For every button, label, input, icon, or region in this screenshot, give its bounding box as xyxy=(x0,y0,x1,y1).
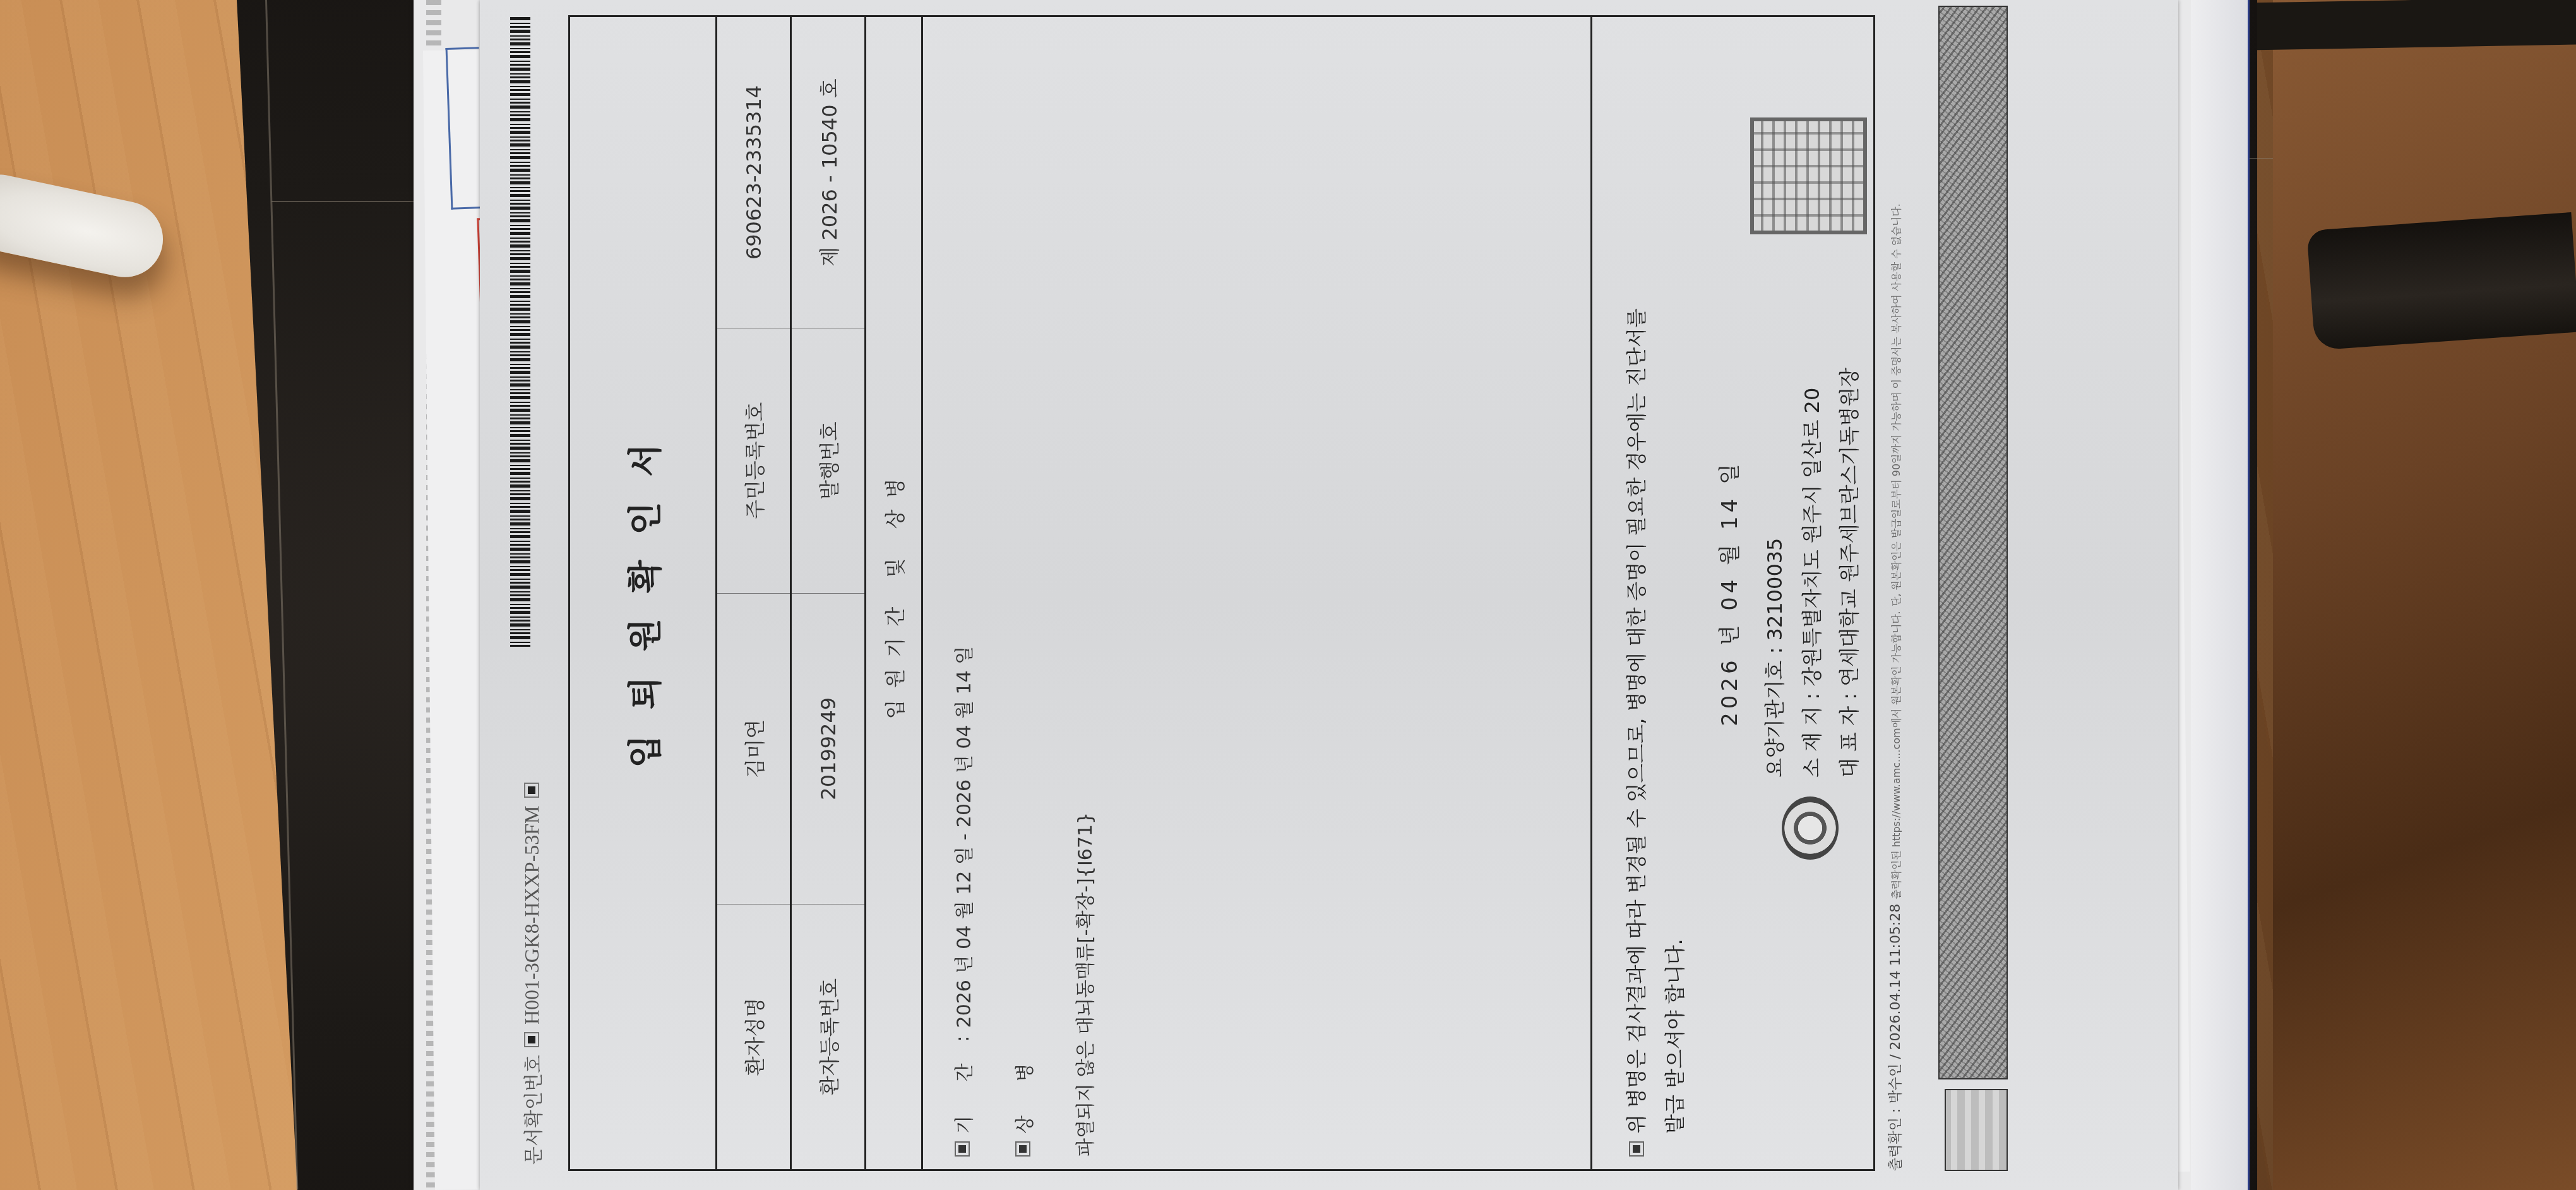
document-title: 입퇴원확인서 xyxy=(570,17,715,1169)
period-separator: : xyxy=(951,1035,974,1042)
confirm-label: 문서확인번호 xyxy=(518,1055,546,1165)
wood-floor-right xyxy=(2273,0,2576,1190)
institution-info: 요양기관기호 : 32100035 소 재 지 : 강원특별자치도 원주시 일산… xyxy=(1756,368,1869,778)
patient-id-value: 20199249 xyxy=(791,593,866,904)
notice-line: 위 병명은 검사결과에 따라 변경될 수 있으므로, 병명에 대한 증명이 필요… xyxy=(1618,45,1656,1157)
square-bullet-icon xyxy=(955,1141,970,1157)
issue-date: 2026 년 04 월 14 일 xyxy=(1712,17,1743,1169)
certification-block: 위 병명은 검사결과에 따라 변경될 수 있으므로, 병명에 대한 증명이 필요… xyxy=(1590,17,1877,1169)
university-seal-icon xyxy=(1782,796,1839,860)
institution-address-line: 소 재 지 : 강원특별자치도 원주시 일산로 20 xyxy=(1794,368,1831,778)
document-sheet: 문서확인번호 H001-3GK8-HXXP-53FM 입퇴원확인서 환자성명 김… xyxy=(480,0,2178,1190)
square-bullet-icon xyxy=(1629,1141,1644,1157)
notice-text: 위 병명은 검사결과에 따라 변경될 수 있으므로, 병명에 대한 증명이 필요… xyxy=(1618,45,1695,1157)
dark-object xyxy=(2306,212,2576,351)
notice-line-1: 위 병명은 검사결과에 따라 변경될 수 있으므로, 병명에 대한 증명이 필요… xyxy=(1618,308,1656,1134)
notice-line-2: 발급 받으셔야 합니다. xyxy=(1656,45,1695,1157)
period-label: 기 간 xyxy=(948,1050,976,1134)
output-verification: 출력확인 : 박수인 / 2026.04.14 11:05:28 출력확인된 h… xyxy=(1885,15,1904,1171)
patient-name-label: 환자성명 xyxy=(717,904,791,1169)
doc-confirm-header: 문서확인번호 H001-3GK8-HXXP-53FM xyxy=(518,783,546,1165)
dark-strap xyxy=(2248,0,2576,51)
table-row: 환자성명 김미연 주민등록번호 690623-2335314 xyxy=(717,17,791,1169)
institution-rep-value: 연세대학교 원주세브란스기독병원장 xyxy=(1837,368,1861,687)
copy-note: 단, 원본확인은 발급일로부터 90일까지 가능하며 이 증명서는 복사하여 사… xyxy=(1890,203,1902,606)
institution-code-line: 요양기관기호 : 32100035 xyxy=(1756,368,1794,778)
verification-code-box xyxy=(1945,1089,2008,1171)
period-line: 기 간 : 2026 년 04 월 12 일 - 2026 년 04 월 14 … xyxy=(948,17,976,1157)
period-value: 2026 년 04 월 12 일 - 2026 년 04 월 14 일 xyxy=(948,646,976,1028)
institution-address-label: 소 재 지 xyxy=(1800,706,1824,778)
institution-code-value: 32100035 xyxy=(1763,538,1787,641)
diagnosis-value: 파열되지 않은 대뇌동맥류[-확장-]{I671} xyxy=(1070,812,1097,1157)
leather-fold xyxy=(271,201,423,202)
diagnosis-label: 상 병 xyxy=(1009,1050,1037,1134)
diagnosis-value-line: 파열되지 않은 대뇌동맥류[-확장-]{I671} xyxy=(1070,17,1097,1157)
square-bullet-icon xyxy=(1015,1141,1030,1157)
square-bullet-icon xyxy=(524,1032,539,1047)
institution-code-label: 요양기관기호 xyxy=(1763,661,1787,778)
verify-label: 출력확인 xyxy=(1888,1117,1904,1171)
diagnosis-line: 상 병 xyxy=(1009,17,1037,1157)
institution-address-value: 강원특별자치도 원주시 일산로 20 xyxy=(1800,388,1824,687)
issue-number-value: 제 2026 - 10540 호 xyxy=(791,17,866,328)
url-note: 출력확인된 https://www.amc....com에서 원본확인 가능합니… xyxy=(1890,611,1902,899)
institution-rep-label: 대 표 자 xyxy=(1837,706,1861,778)
patient-id-label: 환자등록번호 xyxy=(791,904,866,1169)
director-seal-icon xyxy=(1750,117,1867,234)
patient-info-table: 환자성명 김미연 주민등록번호 690623-2335314 환자등록번호 20… xyxy=(715,17,866,1169)
anti-copy-row xyxy=(1919,0,2020,1171)
barcode xyxy=(510,15,530,647)
resident-number-label: 주민등록번호 xyxy=(717,328,791,594)
patient-name-value: 김미연 xyxy=(717,593,791,904)
verify-value: 박수인 / 2026.04.14 11:05:28 xyxy=(1888,904,1904,1104)
paper-edge xyxy=(2191,0,2250,1190)
table-row: 환자등록번호 20199249 발행번호 제 2026 - 10540 호 xyxy=(791,17,866,1169)
period-section-body: 기 간 : 2026 년 04 월 12 일 - 2026 년 04 월 14 … xyxy=(921,17,1590,1169)
issue-number-label: 발행번호 xyxy=(791,328,866,594)
period-section-title: 입원기간 및 상병 xyxy=(864,17,921,1169)
institution-rep-line: 대 표 자 : 연세대학교 원주세브란스기독병원장 xyxy=(1831,368,1868,778)
document-sheet-wrapper: 문서확인번호 H001-3GK8-HXXP-53FM 입퇴원확인서 환자성명 김… xyxy=(480,0,2178,1190)
confirm-code: H001-3GK8-HXXP-53FM xyxy=(520,805,544,1025)
resident-number-value: 690623-2335314 xyxy=(717,17,791,328)
square-bullet-icon xyxy=(524,783,539,798)
blue-form-marker xyxy=(446,47,485,210)
anti-copy-pattern xyxy=(1938,6,2008,1079)
document-frame: 입퇴원확인서 환자성명 김미연 주민등록번호 690623-2335314 환자… xyxy=(568,15,1875,1171)
